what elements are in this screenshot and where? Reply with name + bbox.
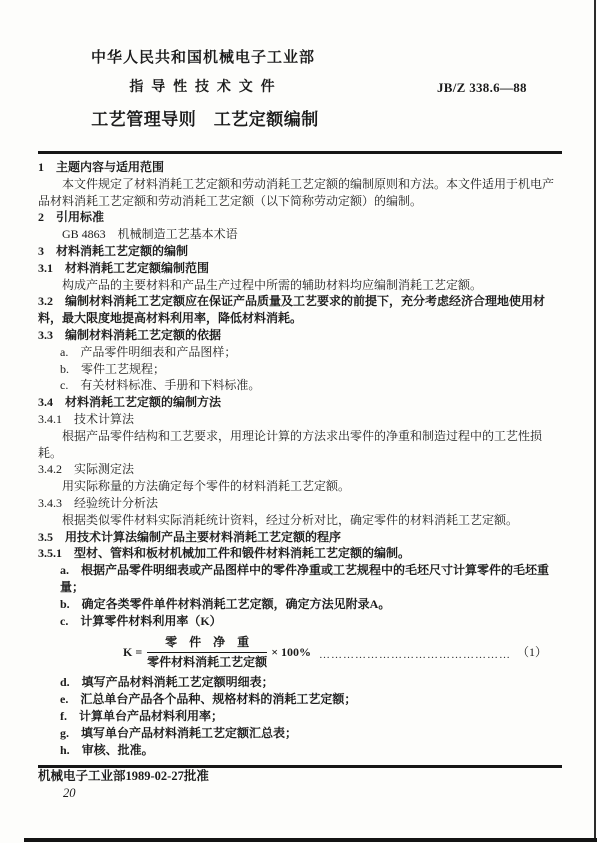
clause-3-4-1-heading: 3.4.1 技术计算法 [38,411,562,428]
header-rule [38,151,562,154]
formula-leader-dots: ……………………………………………………………… [319,647,509,664]
clause-3-3-item-b: b. 零件工艺规程； [38,361,562,378]
clause-3-2-paragraph: 3.2 编制材料消耗工艺定额应在保证产品质量及工艺要求的前提下，充分考虑经济合理… [38,293,562,327]
clause-3-5-1-heading: 3.5.1 型材、管料和板材机械加工件和锻件材料消耗工艺定额的编制。 [38,545,562,562]
clause-3-5-1-item-f: f. 计算单台产品材料利用率； [38,708,562,725]
clause-2-heading: 2 引用标准 [38,209,562,226]
clause-3-5-1-item-d: d. 填写产品材料消耗工艺定额明细表； [38,674,562,691]
clause-3-heading: 3 材料消耗工艺定额的编制 [38,243,562,260]
material-utilization-formula: K = 零 件 净 重 零件材料消耗工艺定额 × 100% …………………………… [38,635,562,670]
clause-3-4-1-paragraph: 根据产品零件结构和工艺要求，用理论计算的方法求出零件的净重和制造过程中的工艺性损… [38,428,562,462]
clause-3-5-1-item-g: g. 填写单台产品材料消耗工艺定额汇总表； [38,725,562,742]
clause-3-4-heading: 3.4 材料消耗工艺定额的编制方法 [38,394,562,411]
clause-3-3-item-c: c. 有关材料标准、手册和下料标准。 [38,377,562,394]
formula-fraction: 零 件 净 重 零件材料消耗工艺定额 [147,635,267,670]
clause-1-paragraph: 本文件规定了材料消耗工艺定额和劳动消耗工艺定额的编制原则和方法。本文件适用于机电… [38,176,562,210]
fraction-numerator: 零 件 净 重 [147,635,267,653]
fraction-denominator: 零件材料消耗工艺定额 [147,653,267,670]
ministry-name: 中华人民共和国机械电子工业部 [0,46,406,67]
clause-3-4-3-paragraph: 根据类似零件材料实际消耗统计资料，经过分析对比，确定零件的材料消耗工艺定额。 [38,512,562,529]
clause-3-5-1-item-e: e. 汇总单台产品各个品种、规格材料的消耗工艺定额； [38,691,562,708]
document-type-line: 指 导 性 技 术 文 件 [0,76,406,96]
referenced-standard: GB 4863 机械制造工艺基本术语 [38,226,562,243]
clause-3-1-paragraph: 构成产品的主要材料和产品生产过程中所需的辅助材料均应编制消耗工艺定额。 [38,277,562,294]
scan-edge-bottom [24,838,597,842]
scan-edge-right [594,0,596,841]
formula-equation-number: （1） [517,644,547,661]
clause-3-1-heading: 3.1 材料消耗工艺定额编制范围 [38,260,562,277]
clause-3-4-3-heading: 3.4.3 经验统计分析法 [38,495,562,512]
clause-3-5-1-item-b: b. 确定各类零件单件材料消耗工艺定额，确定方法见附录A。 [38,596,562,613]
clause-3-3-item-a: a. 产品零件明细表和产品图样； [38,344,562,361]
formula-lhs: K = [123,644,142,661]
approval-note: 机械电子工业部1989-02-27批准 [38,768,562,785]
clause-3-3-heading: 3.3 编制材料消耗工艺定额的依据 [38,327,562,344]
clause-1-heading: 1 主题内容与适用范围 [38,159,562,176]
document-header: 中华人民共和国机械电子工业部 指 导 性 技 术 文 件 [0,46,406,96]
formula-multiplier: × 100% [271,644,311,661]
document-body: 1 主题内容与适用范围 本文件规定了材料消耗工艺定额和劳动消耗工艺定额的编制原则… [38,159,562,801]
clause-3-4-2-heading: 3.4.2 实际测定法 [38,461,562,478]
clause-3-4-2-paragraph: 用实际称量的方法确定每个零件的材料消耗工艺定额。 [38,478,562,495]
document-title: 工艺管理导则 工艺定额编制 [0,105,410,130]
page-number: 20 [38,785,562,802]
clause-3-5-1-item-a: a. 根据产品零件明细表或产品图样中的零件净重或工艺规程中的毛坯尺寸计算零件的毛… [38,562,562,596]
clause-3-5-heading: 3.5 用技术计算法编制产品主要材料消耗工艺定额的程序 [38,529,562,546]
clause-3-5-1-item-h: h. 审核、批准。 [38,742,562,759]
standard-number: JB/Z 338.6—88 [437,80,527,96]
scanned-standard-page: 中华人民共和国机械电子工业部 指 导 性 技 术 文 件 JB/Z 338.6—… [0,0,597,843]
clause-3-5-1-item-c: c. 计算零件材料利用率（K） [38,613,562,630]
